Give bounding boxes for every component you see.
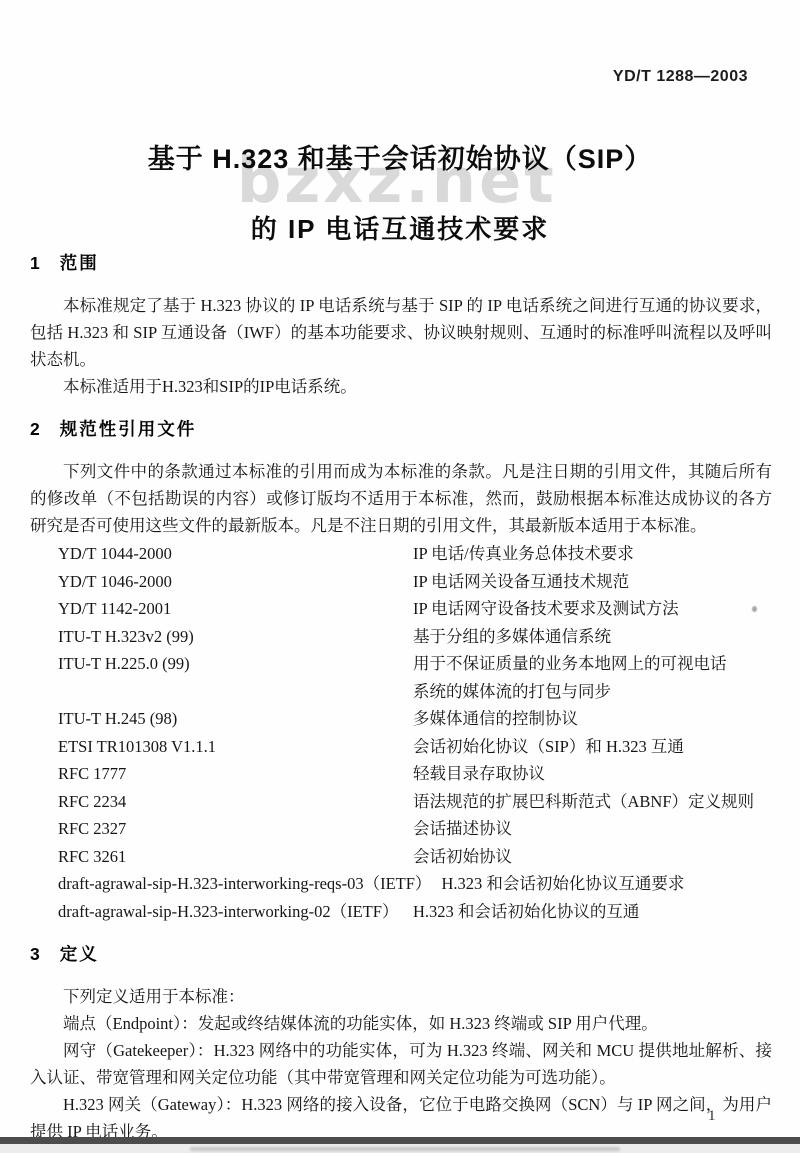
definitions-intro: 下列定义适用于本标准： [30,983,772,1010]
document-title-line1: 基于 H.323 和基于会话初始协议（SIP） [0,137,800,176]
section-references-number: 2 [30,419,40,439]
reference-id: RFC 2234 [58,788,413,816]
reference-desc: 会话初始化协议（SIP）和 H.323 互通 [413,733,772,761]
reference-id: YD/T 1142-2001 [58,595,413,623]
reference-id: YD/T 1044-2000 [58,540,413,568]
section-scope-label: 范围 [60,253,99,273]
reference-row: ITU-T H.225.0 (99) 用于不保证质量的业务本地网上的可视电话 系… [58,650,772,705]
document-page: YD/T 1288—2003 bzxz.net 基于 H.323 和基于会话初始… [0,0,800,1153]
reference-desc: H.323 和会话初始化协议互通要求 [441,870,772,898]
reference-row: YD/T 1142-2001 IP 电话网守设备技术要求及测试方法 [58,595,772,623]
reference-row: ETSI TR101308 V1.1.1 会话初始化协议（SIP）和 H.323… [58,733,772,761]
references-list: YD/T 1044-2000 IP 电话/传真业务总体技术要求 YD/T 104… [58,540,772,925]
reference-id: ITU-T H.245 (98) [58,705,413,733]
reference-id: ETSI TR101308 V1.1.1 [58,733,413,761]
reference-row: RFC 2327 会话描述协议 [58,815,772,843]
reference-id: ITU-T H.225.0 (99) [58,650,413,678]
reference-row: draft-agrawal-sip-H.323-interworking-req… [58,870,772,898]
reference-row: draft-agrawal-sip-H.323-interworking-02（… [58,898,772,926]
reference-row: YD/T 1044-2000 IP 电话/传真业务总体技术要求 [58,540,772,568]
section-definitions-label: 定义 [60,944,99,964]
reference-desc-line1: 用于不保证质量的业务本地网上的可视电话 [413,650,772,678]
standard-number: YD/T 1288—2003 [613,68,748,86]
reference-id: draft-agrawal-sip-H.323-interworking-req… [58,870,441,898]
reference-id: draft-agrawal-sip-H.323-interworking-02（… [58,898,413,926]
definition-endpoint: 端点（Endpoint）：发起或终结媒体流的功能实体，如 H.323 终端或 S… [30,1010,772,1037]
reference-row: YD/T 1046-2000 IP 电话网关设备互通技术规范 [58,568,772,596]
reference-desc: 会话初始协议 [413,843,772,871]
definition-gatekeeper: 网守（Gatekeeper）：H.323 网络中的功能实体，可为 H.323 终… [30,1037,772,1091]
document-title-line2: 的 IP 电话互通技术要求 [0,209,800,246]
reference-desc: IP 电话网守设备技术要求及测试方法 [413,595,772,623]
section-definitions-heading: 3定义 [30,941,772,968]
reference-desc-line2: 系统的媒体流的打包与同步 [413,678,772,706]
reference-id: RFC 1777 [58,760,413,788]
reference-id: ITU-T H.323v2 (99) [58,623,413,651]
references-intro: 下列文件中的条款通过本标准的引用而成为本标准的条款。凡是注日期的引用文件，其随后… [30,458,772,539]
reference-desc: 轻载目录存取协议 [413,760,772,788]
section-definitions-number: 3 [30,944,40,964]
scan-bottom-bar [0,1137,800,1144]
reference-desc: 语法规范的扩展巴科斯范式（ABNF）定义规则 [413,788,772,816]
reference-desc: 会话描述协议 [413,815,772,843]
scope-paragraph-1: 本标准规定了基于 H.323 协议的 IP 电话系统与基于 SIP 的 IP 电… [30,292,772,373]
reference-id: RFC 2327 [58,815,413,843]
reference-id: YD/T 1046-2000 [58,568,413,596]
reference-desc: 用于不保证质量的业务本地网上的可视电话 系统的媒体流的打包与同步 [413,650,772,705]
reference-desc: IP 电话网关设备互通技术规范 [413,568,772,596]
reference-desc: IP 电话/传真业务总体技术要求 [413,540,772,568]
section-scope-heading: 1范围 [30,250,772,277]
reference-id: RFC 3261 [58,843,413,871]
section-references-heading: 2规范性引用文件 [30,416,772,443]
reference-desc: H.323 和会话初始化协议的互通 [413,898,772,926]
page-number: 1 [708,1108,716,1125]
reference-row: ITU-T H.323v2 (99) 基于分组的多媒体通信系统 [58,623,772,651]
reference-row: RFC 1777 轻载目录存取协议 [58,760,772,788]
section-references-label: 规范性引用文件 [60,419,197,439]
reference-desc: 基于分组的多媒体通信系统 [413,623,772,651]
scan-speck [752,606,757,612]
reference-row: RFC 2234 语法规范的扩展巴科斯范式（ABNF）定义规则 [58,788,772,816]
document-title: 基于 H.323 和基于会话初始协议（SIP） 的 IP 电话互通技术要求 [0,137,800,246]
reference-desc: 多媒体通信的控制协议 [413,705,772,733]
reference-row: RFC 3261 会话初始协议 [58,843,772,871]
reference-row: ITU-T H.245 (98) 多媒体通信的控制协议 [58,705,772,733]
section-scope-number: 1 [30,253,40,273]
document-body: 1范围 本标准规定了基于 H.323 协议的 IP 电话系统与基于 SIP 的 … [30,250,772,1145]
scope-paragraph-2: 本标准适用于H.323和SIP的IP电话系统。 [30,373,772,400]
scan-smudge [190,1147,620,1151]
